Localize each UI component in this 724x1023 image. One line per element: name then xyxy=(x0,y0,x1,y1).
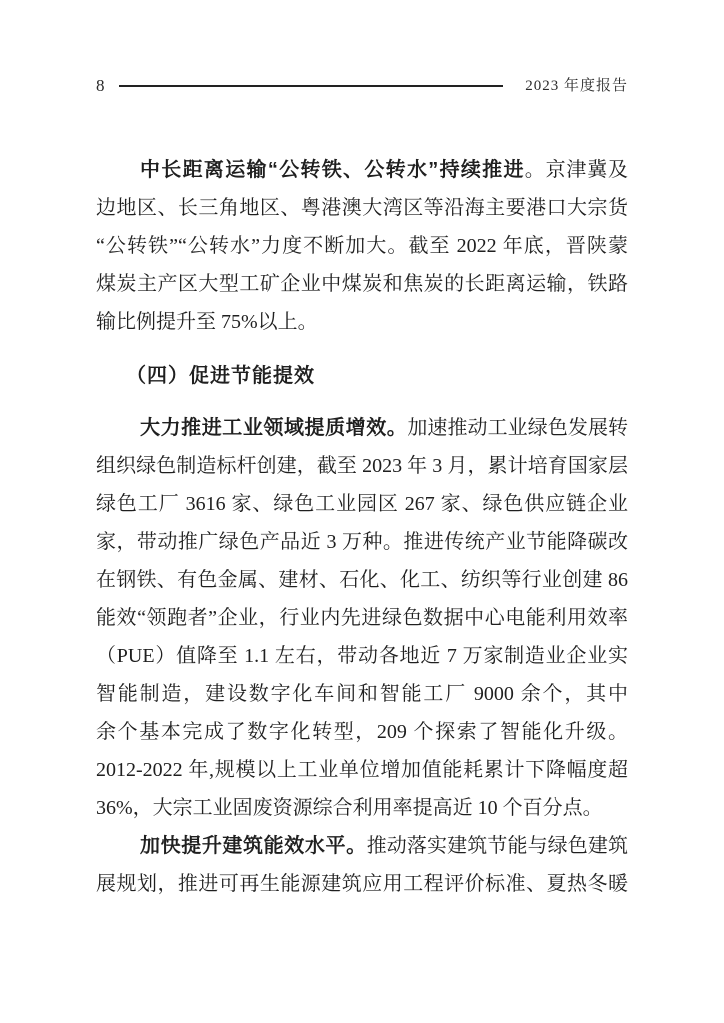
text-line: 煤炭主产区大型工矿企业中煤炭和焦炭的长距离运输，铁路运 xyxy=(96,265,628,303)
body-text: 智能制造，建设数字化车间和智能工厂 9000 余个，其中 2500 xyxy=(96,683,628,713)
paragraph: 中长距离运输“公转铁、公转水”持续推进。京津冀及周边地区、长三角地区、粤港澳大湾… xyxy=(96,151,628,341)
body-text: 组织绿色制造标杆创建，截至 2023 年 3 月，累计培育国家层面 xyxy=(96,455,628,485)
body-text: 绿色工厂 3616 家、绿色工业园区 267 家、绿色供应链企业 403 xyxy=(96,493,628,523)
page-header: 8 2023 年度报告 xyxy=(96,74,628,98)
body-text: 36%，大宗工业固废资源综合利用率提高近 10 个百分点。 xyxy=(96,797,603,819)
bold-lead-text: 中长距离运输“公转铁、公转水”持续推进 xyxy=(140,159,525,181)
text-line: 2012-2022 年,规模以上工业单位增加值能耗累计下降幅度超过 xyxy=(96,751,628,789)
paragraph: 大力推进工业领域提质增效。加速推动工业绿色发展转型，组织绿色制造标杆创建，截至 … xyxy=(96,409,628,827)
body-text: 家，带动推广绿色产品近 3 万种。推进传统产业节能降碳改造。 xyxy=(96,531,628,561)
section-heading: （四）促进节能提效 xyxy=(96,357,628,395)
text-line: 能效“领跑者”企业，行业内先进绿色数据中心电能利用效率 xyxy=(96,599,628,637)
text-line: “公转铁”“公转水”力度不断加大。截至 2022 年底，晋陕蒙 xyxy=(96,227,628,265)
body-text: （PUE）值降至 1.1 左右，带动各地近 7 万家制造业企业实施 xyxy=(96,645,628,675)
text-line: 家，带动推广绿色产品近 3 万种。推进传统产业节能降碳改造。 xyxy=(96,523,628,561)
body-text: 余个基本完成了数字化转型，209 个探索了智能化升级。 xyxy=(96,721,628,743)
text-line: （PUE）值降至 1.1 左右，带动各地近 7 万家制造业企业实施 xyxy=(96,637,628,675)
header-rule-divider xyxy=(119,85,504,87)
body-text: 展规划，推进可再生能源建筑应用工程评价标准、夏热冬暖和 xyxy=(96,873,628,903)
text-line: 加快提升建筑能效水平。推动落实建筑节能与绿色建筑发 xyxy=(96,827,628,865)
page-number: 8 xyxy=(96,74,105,98)
text-line: 在钢铁、有色金属、建材、石化、化工、纺织等行业创建 86 家 xyxy=(96,561,628,599)
report-title: 2023 年度报告 xyxy=(525,74,628,98)
body-text: 输比例提升至 75%以上。 xyxy=(96,311,318,333)
bold-lead-text: 加快提升建筑能效水平。 xyxy=(140,835,367,857)
body-text: 2012-2022 年,规模以上工业单位增加值能耗累计下降幅度超过 xyxy=(96,759,628,789)
text-line: 边地区、长三角地区、粤港澳大湾区等沿海主要港口大宗货物 xyxy=(96,189,628,227)
text-line: 余个基本完成了数字化转型，209 个探索了智能化升级。 xyxy=(96,713,628,751)
text-line: 智能制造，建设数字化车间和智能工厂 9000 余个，其中 2500 xyxy=(96,675,628,713)
text-line: 大力推进工业领域提质增效。加速推动工业绿色发展转型， xyxy=(96,409,628,447)
body-text: 煤炭主产区大型工矿企业中煤炭和焦炭的长距离运输，铁路运 xyxy=(96,273,628,303)
body-text: 在钢铁、有色金属、建材、石化、化工、纺织等行业创建 86 家 xyxy=(96,569,628,599)
body-text: 边地区、长三角地区、粤港澳大湾区等沿海主要港口大宗货物 xyxy=(96,197,628,227)
document-page: { "header": { "page_number": "8", "repor… xyxy=(0,0,724,1023)
text-line: 中长距离运输“公转铁、公转水”持续推进。京津冀及周 xyxy=(96,151,628,189)
bold-lead-text: 大力推进工业领域提质增效。 xyxy=(140,417,407,439)
text-line: 绿色工厂 3616 家、绿色工业园区 267 家、绿色供应链企业 403 xyxy=(96,485,628,523)
body-text: 能效“领跑者”企业，行业内先进绿色数据中心电能利用效率 xyxy=(96,607,628,629)
paragraph: 加快提升建筑能效水平。推动落实建筑节能与绿色建筑发展规划，推进可再生能源建筑应用… xyxy=(96,827,628,903)
body-text: “公转铁”“公转水”力度不断加大。截至 2022 年底，晋陕蒙 xyxy=(96,235,628,257)
text-line: 36%，大宗工业固废资源综合利用率提高近 10 个百分点。 xyxy=(96,789,628,827)
text-line: 组织绿色制造标杆创建，截至 2023 年 3 月，累计培育国家层面 xyxy=(96,447,628,485)
document-body: 中长距离运输“公转铁、公转水”持续推进。京津冀及周边地区、长三角地区、粤港澳大湾… xyxy=(96,151,628,903)
text-line: 展规划，推进可再生能源建筑应用工程评价标准、夏热冬暖和 xyxy=(96,865,628,903)
text-line: 输比例提升至 75%以上。 xyxy=(96,303,628,341)
